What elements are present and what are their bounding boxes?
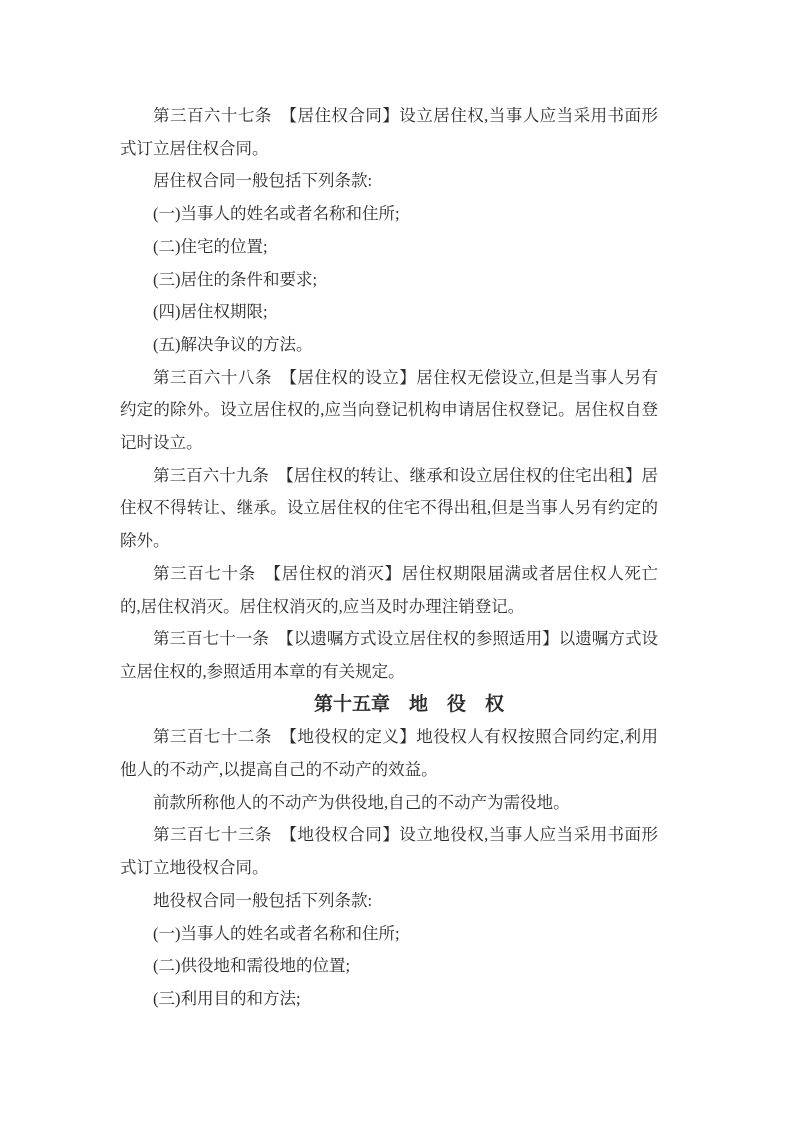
paragraph-article-373: 第三百七十三条 【地役权合同】设立地役权,当事人应当采用书面形式订立地役权合同。 bbox=[120, 819, 658, 884]
document-page: 第三百六十七条 【居住权合同】设立居住权,当事人应当采用书面形式订立居住权合同。… bbox=[0, 0, 793, 1122]
list-item-1-4: (四)居住权期限; bbox=[120, 296, 658, 329]
list-item-1-2: (二)住宅的位置; bbox=[120, 231, 658, 264]
paragraph-article-372: 第三百七十二条 【地役权的定义】地役权人有权按照合同约定,利用他人的不动产,以提… bbox=[120, 721, 658, 786]
paragraph-clauses-intro-1: 居住权合同一般包括下列条款: bbox=[120, 165, 658, 198]
paragraph-article-368: 第三百六十八条 【居住权的设立】居住权无偿设立,但是当事人另有约定的除外。设立居… bbox=[120, 362, 658, 460]
paragraph-article-372-2: 前款所称他人的不动产为供役地,自己的不动产为需役地。 bbox=[120, 787, 658, 820]
paragraph-article-370: 第三百七十条 【居住权的消灭】居住权期限届满或者居住权人死亡的,居住权消灭。居住… bbox=[120, 558, 658, 623]
chapter-15-heading: 第十五章 地 役 权 bbox=[140, 689, 678, 722]
paragraph-article-367: 第三百六十七条 【居住权合同】设立居住权,当事人应当采用书面形式订立居住权合同。 bbox=[120, 100, 658, 165]
list-item-1-3: (三)居住的条件和要求; bbox=[120, 264, 658, 297]
list-item-2-1: (一)当事人的姓名或者名称和住所; bbox=[120, 918, 658, 951]
paragraph-article-369: 第三百六十九条 【居住权的转让、继承和设立居住权的住宅出租】居住权不得转让、继承… bbox=[120, 460, 658, 558]
text-column: 第三百六十七条 【居住权合同】设立居住权,当事人应当采用书面形式订立居住权合同。… bbox=[120, 100, 658, 1016]
list-item-2-2: (二)供役地和需役地的位置; bbox=[120, 950, 658, 983]
paragraph-article-371: 第三百七十一条 【以遗嘱方式设立居住权的参照适用】以遗嘱方式设立居住权的,参照适… bbox=[120, 623, 658, 688]
paragraph-clauses-intro-2: 地役权合同一般包括下列条款: bbox=[120, 885, 658, 918]
list-item-1-5: (五)解决争议的方法。 bbox=[120, 329, 658, 362]
list-item-1-1: (一)当事人的姓名或者名称和住所; bbox=[120, 198, 658, 231]
list-item-2-3: (三)利用目的和方法; bbox=[120, 983, 658, 1016]
